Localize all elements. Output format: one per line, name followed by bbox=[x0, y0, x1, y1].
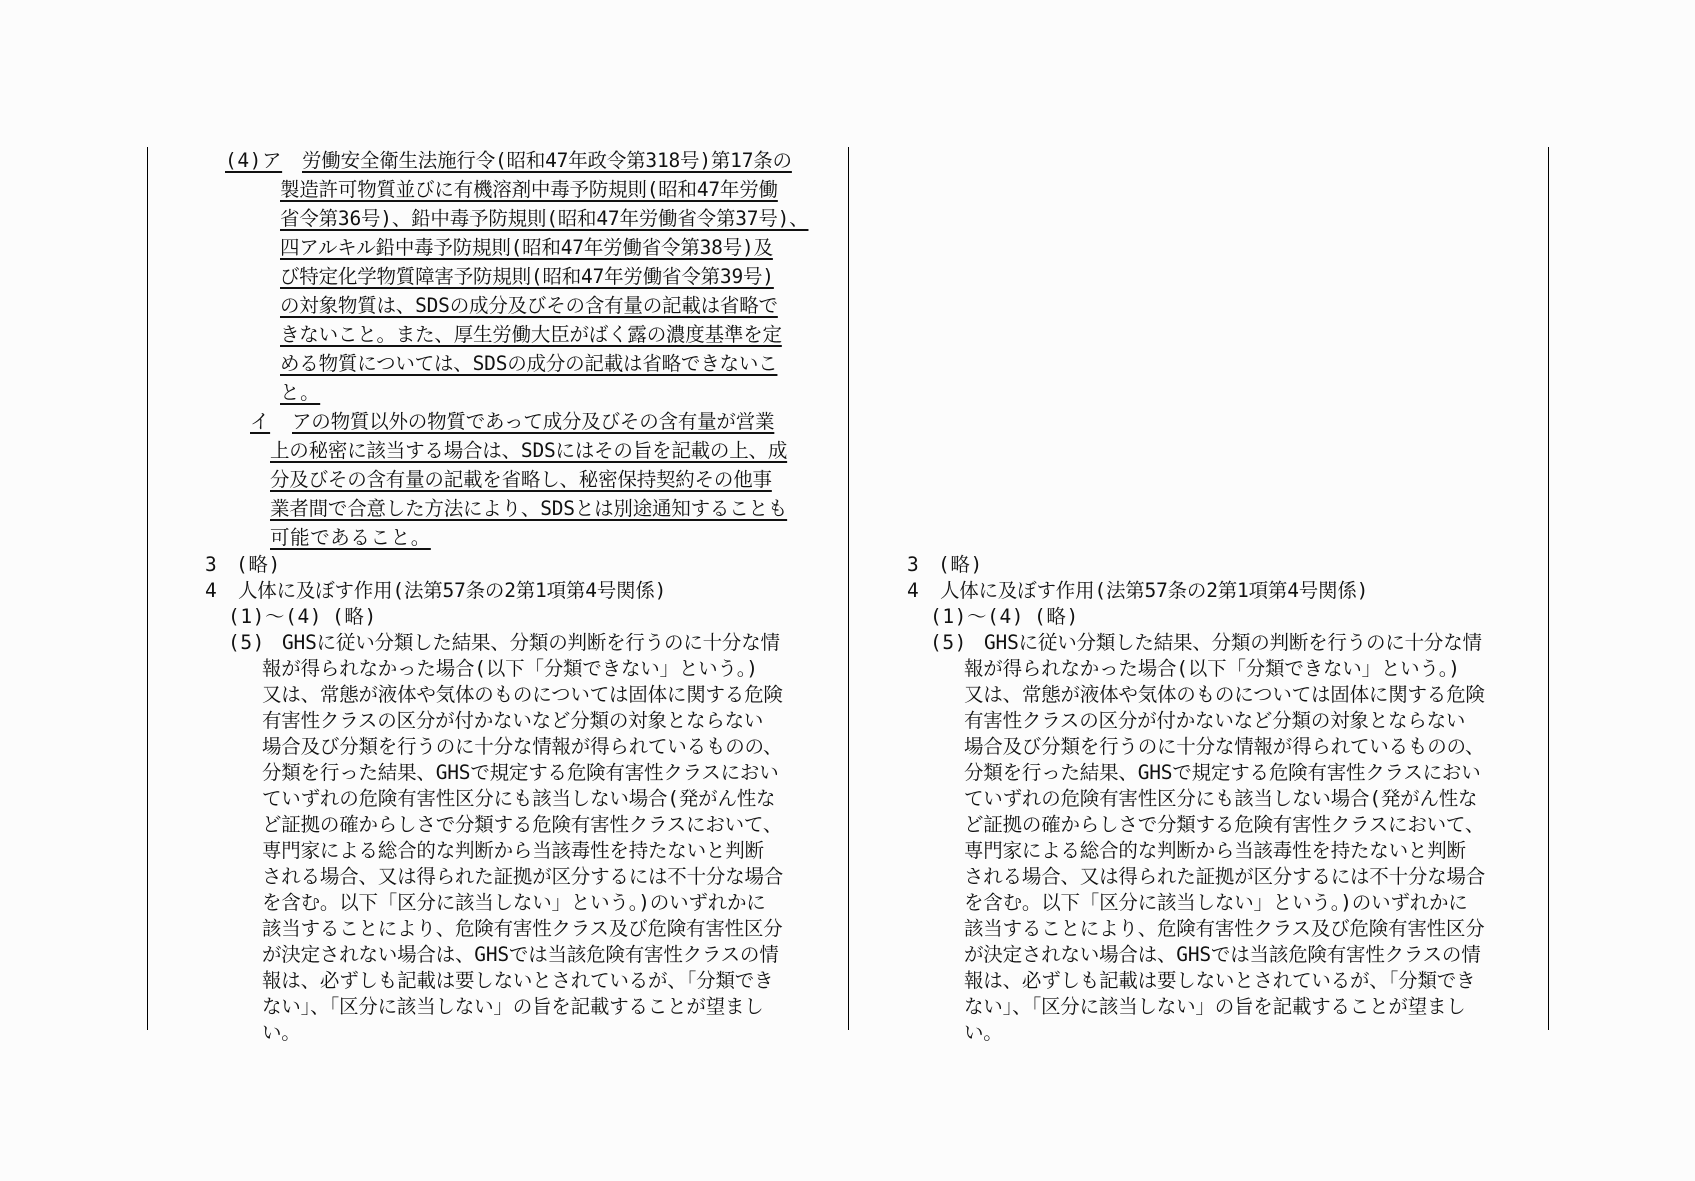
item-5-line: が決定されない場合は、GHSでは当該危険有害性クラスの情 bbox=[964, 943, 1481, 967]
item-5-line: を含む。以下「区分に該当しない」という。)のいずれかに bbox=[262, 891, 766, 915]
item-5-line: 場合及び分類を行うのに十分な情報が得られているものの、 bbox=[964, 735, 1484, 759]
item-1-4-label: (1)～(4) bbox=[228, 605, 322, 629]
item-1-4-text: (略) bbox=[1034, 605, 1079, 629]
right-border-line bbox=[1548, 147, 1549, 1030]
item-5-line: ない」、「区分に該当しない」の旨を記載することが望まし bbox=[262, 995, 764, 1019]
item-4a-line: める物質については、SDSの成分の記載は省略できないこ bbox=[280, 352, 777, 376]
item-5-label: (5) bbox=[228, 631, 265, 655]
item-4i-label: イ bbox=[250, 410, 270, 434]
item-4a-line: 労働安全衛生法施行令(昭和47年政令第318号)第17条の bbox=[302, 149, 792, 173]
section-4-title: 人体に及ぼす作用(法第57条の2第1項第4号関係) bbox=[940, 579, 1368, 603]
item-5-line: 専門家による総合的な判断から当該毒性を持たないと判断 bbox=[262, 839, 764, 863]
item-5-line: 報は、必ずしも記載は要しないとされているが、「分類でき bbox=[964, 969, 1475, 993]
item-5-line: い。 bbox=[262, 1021, 301, 1045]
item-5-line: 報が得られなかった場合(以下「分類できない」という。) bbox=[262, 657, 758, 681]
item-5-line: 該当することにより、危険有害性クラス及び危険有害性区分 bbox=[262, 917, 783, 941]
section-3-text: (略) bbox=[938, 553, 983, 577]
item-5-line: ていずれの危険有害性区分にも該当しない場合(発がん性な bbox=[262, 787, 775, 811]
item-4i-line: 分及びその含有量の記載を省略し、秘密保持契約その他事 bbox=[270, 468, 772, 492]
item-5-line: 該当することにより、危険有害性クラス及び危険有害性区分 bbox=[964, 917, 1485, 941]
item-5-line: ていずれの危険有害性区分にも該当しない場合(発がん性な bbox=[964, 787, 1477, 811]
item-4a-line: び特定化学物質障害予防規則(昭和47年労働省令第39号) bbox=[280, 265, 774, 289]
item-5-line: 有害性クラスの区分が付かないなど分類の対象とならない bbox=[964, 709, 1465, 733]
item-4a-line: きないこと。また、厚生労働大臣がばく露の濃度基準を定 bbox=[280, 323, 782, 347]
item-5-line: される場合、又は得られた証拠が区分するには不十分な場合 bbox=[964, 865, 1485, 889]
item-5-line: を含む。以下「区分に該当しない」という。)のいずれかに bbox=[964, 891, 1468, 915]
item-5-line: ど証拠の確からしさで分類する危険有害性クラスにおいて、 bbox=[964, 813, 1484, 837]
item-5-line: ない」、「区分に該当しない」の旨を記載することが望まし bbox=[964, 995, 1466, 1019]
item-5-line: ど証拠の確からしさで分類する危険有害性クラスにおいて、 bbox=[262, 813, 782, 837]
item-4a-line: と。 bbox=[280, 381, 320, 405]
item-5-line: 報は、必ずしも記載は要しないとされているが、「分類でき bbox=[262, 969, 773, 993]
left-border-line bbox=[147, 147, 148, 1030]
item-4i-line: 可能であること。 bbox=[270, 526, 431, 550]
item-5-line: 場合及び分類を行うのに十分な情報が得られているものの、 bbox=[262, 735, 782, 759]
item-4a-line: 四アルキル鉛中毒予防規則(昭和47年労働省令第38号)及 bbox=[280, 236, 773, 260]
item-4a-line: 省令第36号)、鉛中毒予防規則(昭和47年労働省令第37号)、 bbox=[280, 207, 808, 231]
item-4i-line: 業者間で合意した方法により、SDSとは別途通知することも bbox=[270, 497, 787, 521]
item-5-line: 分類を行った結果、GHSで規定する危険有害性クラスにおい bbox=[964, 761, 1481, 785]
section-4-number: 4 bbox=[907, 579, 919, 603]
item-1-4-label: (1)～(4) bbox=[930, 605, 1024, 629]
item-5-label: (5) bbox=[930, 631, 967, 655]
item-5-line: 専門家による総合的な判断から当該毒性を持たないと判断 bbox=[964, 839, 1466, 863]
item-5-line: GHSに従い分類した結果、分類の判断を行うのに十分な情 bbox=[984, 631, 1482, 655]
item-5-line: 分類を行った結果、GHSで規定する危険有害性クラスにおい bbox=[262, 761, 779, 785]
section-4-title: 人体に及ぼす作用(法第57条の2第1項第4号関係) bbox=[238, 579, 666, 603]
item-4i-line: アの物質以外の物質であって成分及びその含有量が営業 bbox=[292, 410, 774, 434]
item-4a-line: 製造許可物質並びに有機溶剤中毒予防規則(昭和47年労働 bbox=[280, 178, 778, 202]
section-4-number: 4 bbox=[205, 579, 217, 603]
item-5-line: される場合、又は得られた証拠が区分するには不十分な場合 bbox=[262, 865, 783, 889]
item-5-line: 報が得られなかった場合(以下「分類できない」という。) bbox=[964, 657, 1460, 681]
section-3-number: 3 bbox=[907, 553, 919, 577]
item-5-line: 又は、常態が液体や気体のものについては固体に関する危険 bbox=[964, 683, 1485, 707]
item-1-4-text: (略) bbox=[332, 605, 377, 629]
item-4i-line: 上の秘密に該当する場合は、SDSにはその旨を記載の上、成 bbox=[270, 439, 787, 463]
item-5-line: GHSに従い分類した結果、分類の判断を行うのに十分な情 bbox=[282, 631, 780, 655]
item-5-line: が決定されない場合は、GHSでは当該危険有害性クラスの情 bbox=[262, 943, 779, 967]
item-5-line: い。 bbox=[964, 1021, 1003, 1045]
center-divider-line bbox=[848, 147, 849, 1030]
item-4a-label: (4)ア bbox=[225, 149, 282, 173]
section-3-text: (略) bbox=[236, 553, 281, 577]
item-4a-line: の対象物質は、SDSの成分及びその含有量の記載は省略で bbox=[280, 294, 778, 318]
item-5-line: 又は、常態が液体や気体のものについては固体に関する危険 bbox=[262, 683, 783, 707]
section-3-number: 3 bbox=[205, 553, 217, 577]
item-5-line: 有害性クラスの区分が付かないなど分類の対象とならない bbox=[262, 709, 763, 733]
